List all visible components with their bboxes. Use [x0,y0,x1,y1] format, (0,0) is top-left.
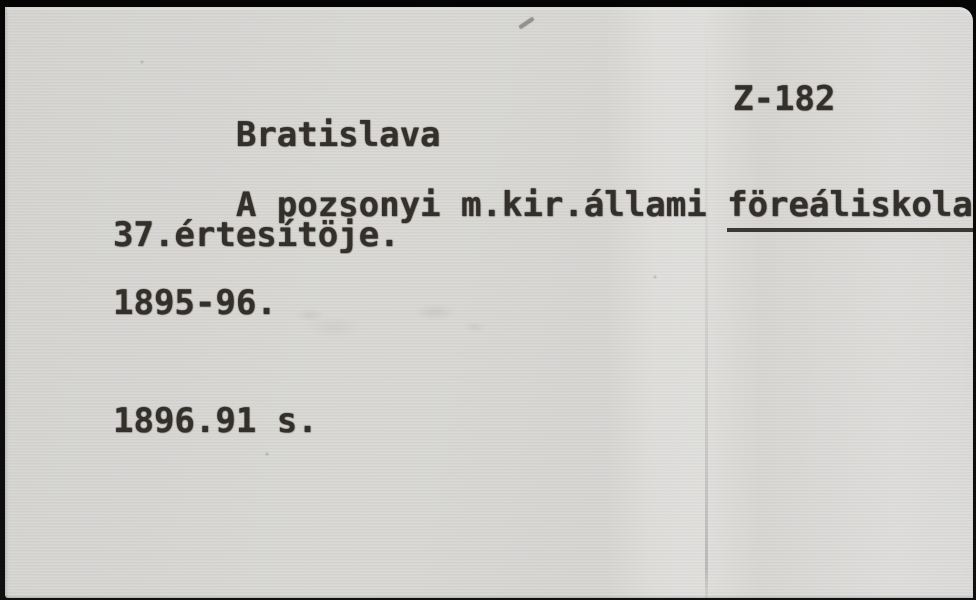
years-line: 1895-96. [113,285,277,321]
catalog-card: Bratislava Z-182 A pozsonyi m.kir.állami… [5,7,973,598]
city-heading: Bratislava [236,115,441,155]
pen-mark [518,17,534,30]
scanned-image: Bratislava Z-182 A pozsonyi m.kir.állami… [0,0,976,600]
issue-line: 37.értesítöje. [113,217,400,253]
imprint-line: 1896.91 s. [113,403,318,439]
paper-crease [705,7,708,598]
call-number: Z-182 [733,81,835,117]
title-underlined-word: föreáliskola [727,185,973,232]
